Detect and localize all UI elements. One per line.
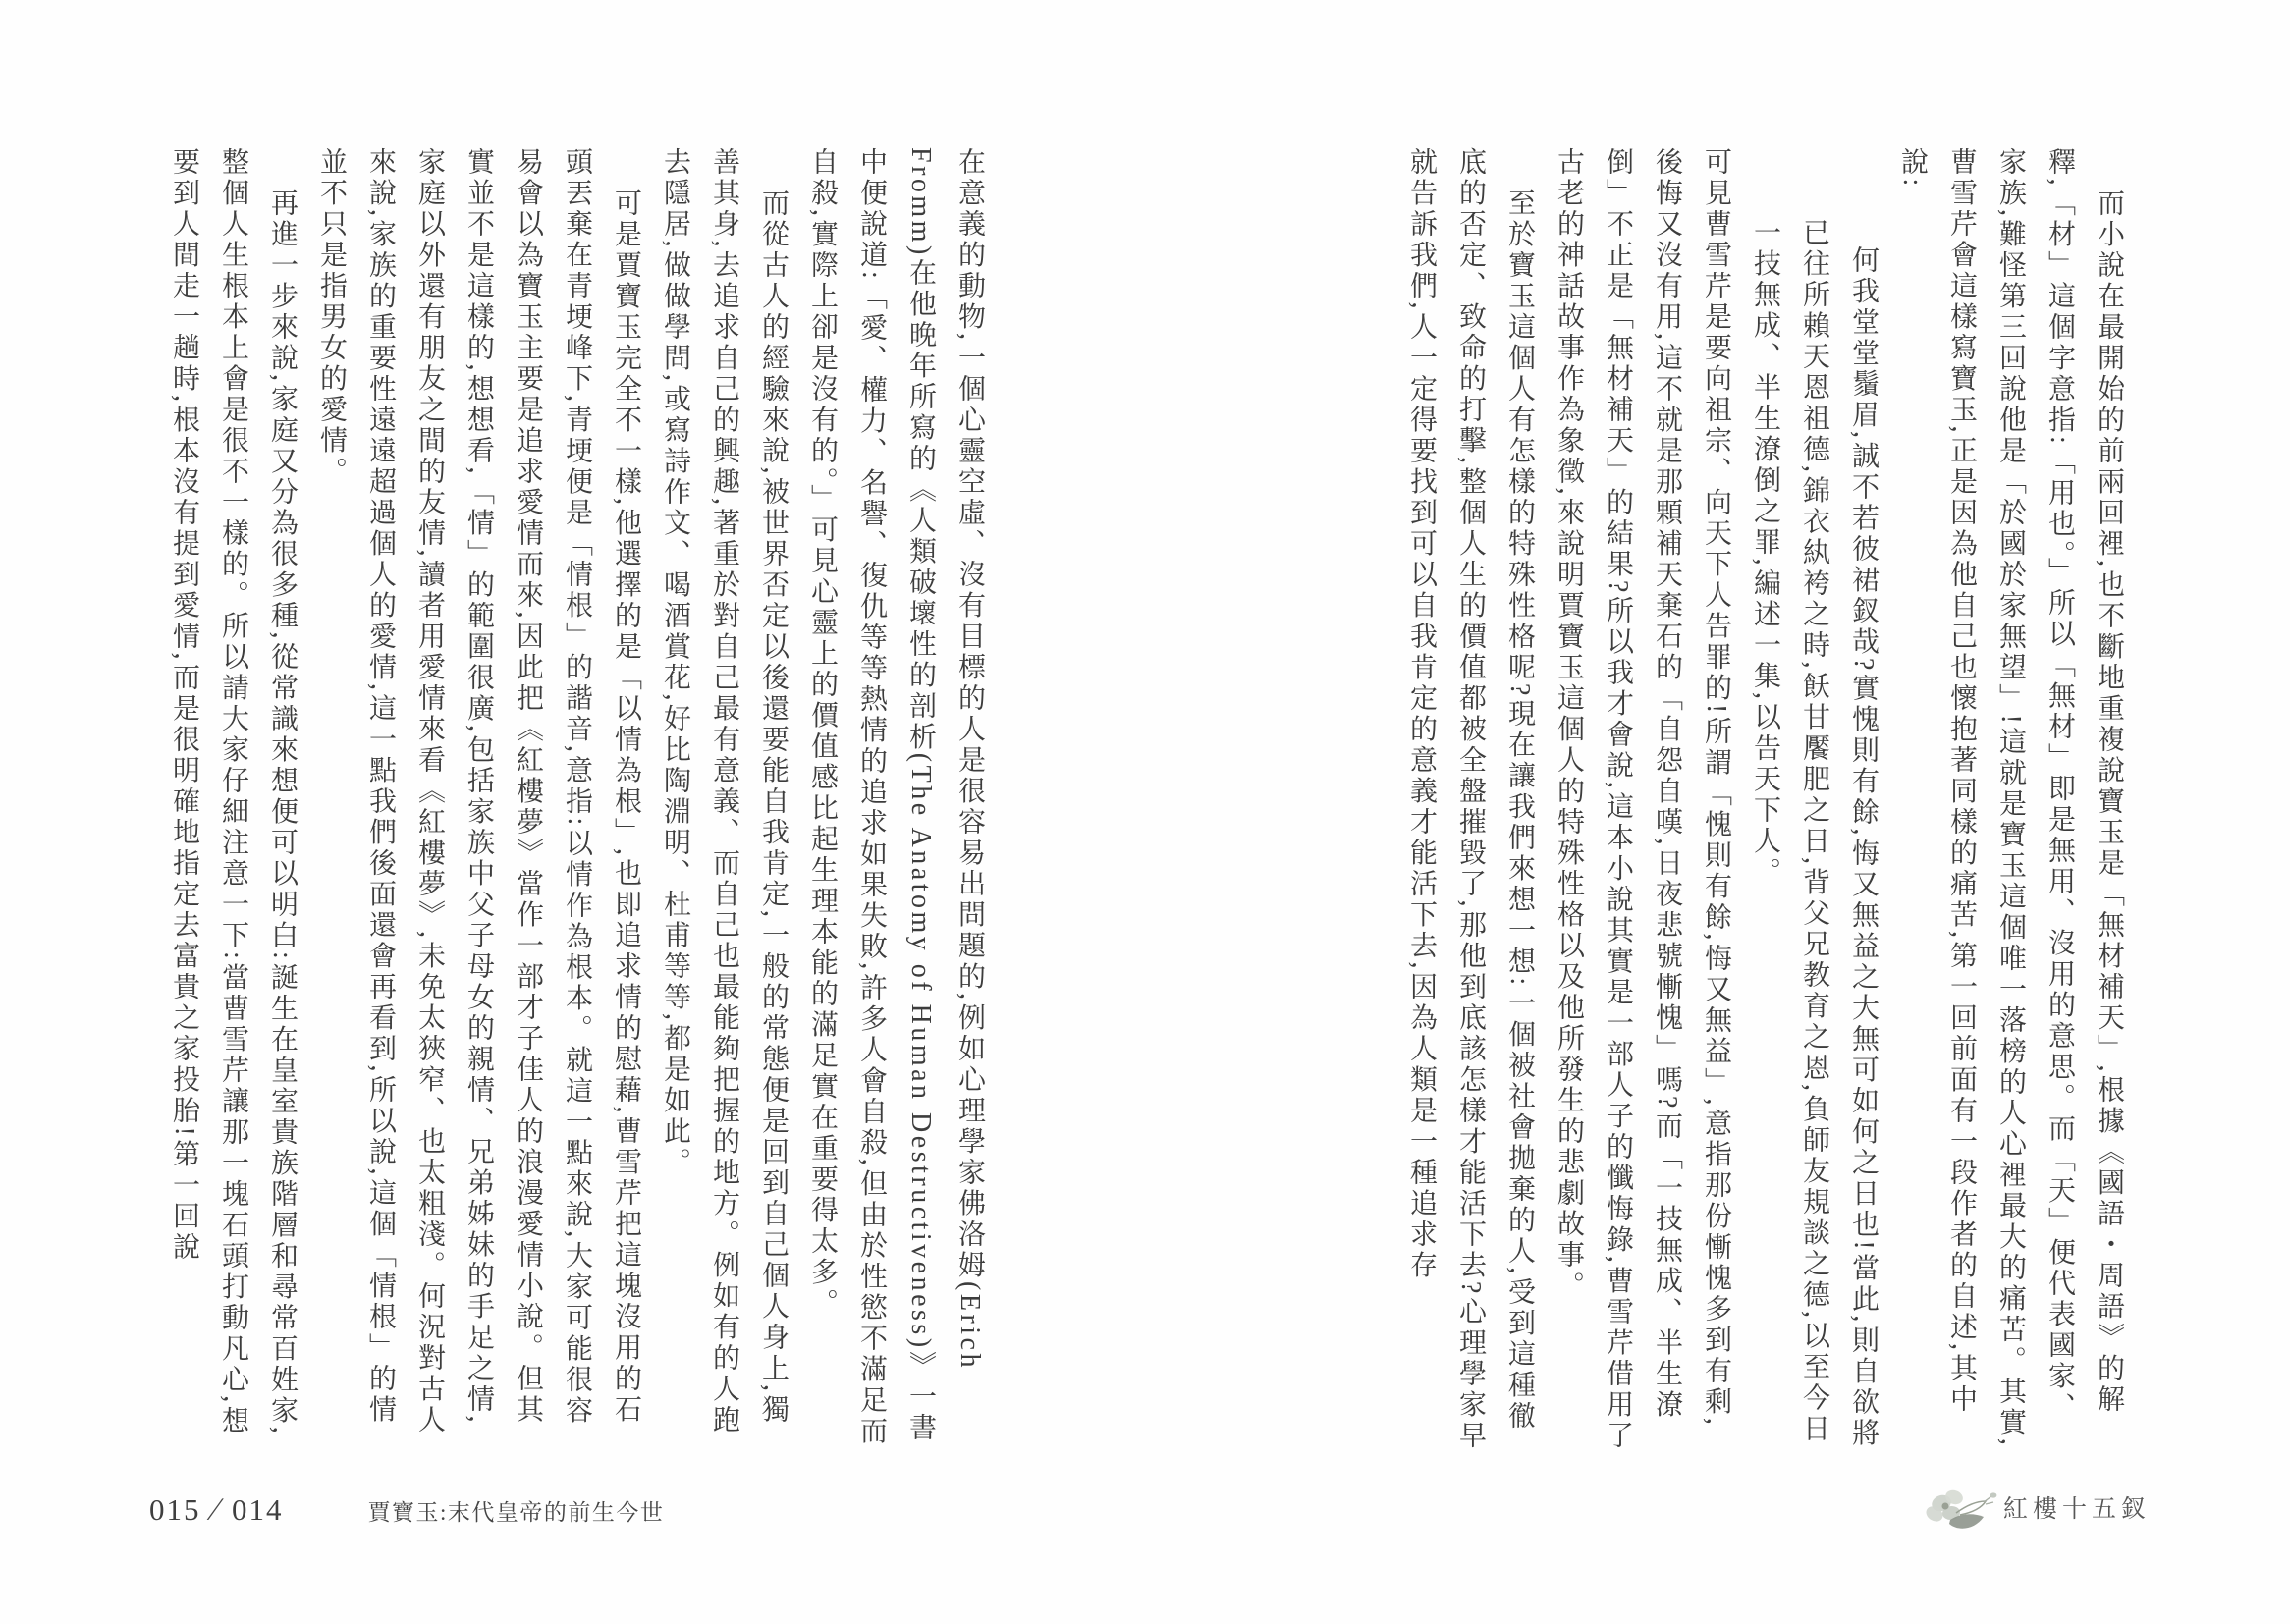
book-page-spread: 而小說在最開始的前兩回裡,也不斷地重複說寶玉是「無材補天」,根據《國語・周語》的… bbox=[0, 0, 2290, 1624]
paragraph: 可見曹雪芹是要向祖宗、向天下人告罪的!所謂「愧則有餘,悔又無益」,意指那份慚愧多… bbox=[1544, 147, 1740, 1453]
paragraph: 在意義的動物,一個心靈空虛、沒有目標的人是很容易出問題的,例如心理學家佛洛姆(E… bbox=[797, 147, 994, 1453]
page-number-separator: ∕ bbox=[201, 1492, 233, 1528]
paragraph: 何我堂堂鬚眉,誠不若彼裙釵哉?實愧則有餘,悔又無益之大無可如何之日也!當此,則自… bbox=[1740, 147, 1887, 1453]
flower-icon bbox=[1921, 1483, 2001, 1545]
paragraph: 再進一步來說,家庭又分為很多種,從常識來想便可以明白:誕生在皇室貴族階層和尋常百… bbox=[159, 147, 306, 1453]
footer-left: 015∕014 賈寶玉:末代皇帝的前生今世 bbox=[149, 1492, 664, 1529]
left-page-text: 在意義的動物,一個心靈空虛、沒有目標的人是很容易出問題的,例如心理學家佛洛姆(E… bbox=[159, 147, 994, 1453]
paragraph: 而小說在最開始的前兩回裡,也不斷地重複說寶玉是「無材補天」,根據《國語・周語》的… bbox=[1887, 147, 2133, 1453]
page-numbers: 015∕014 bbox=[149, 1492, 284, 1529]
paragraph: 可是賈寶玉完全不一樣,他選擇的是「以情為根」,也即追求情的慰藉,曹雪芹把這塊沒用… bbox=[306, 147, 650, 1453]
paragraph: 至於寶玉這個人有怎樣的特殊性格呢?現在讓我們來想一想:一個被社會拋棄的人,受到這… bbox=[1396, 147, 1544, 1453]
right-page-text: 而小說在最開始的前兩回裡,也不斷地重複說寶玉是「無材補天」,根據《國語・周語》的… bbox=[1396, 147, 2133, 1453]
book-title: 紅樓十五釵 bbox=[2003, 1489, 2151, 1525]
footer-right: 紅樓十五釵 bbox=[1921, 1469, 2151, 1545]
left-page-number: 015 bbox=[149, 1492, 201, 1527]
paragraph: 而從古人的經驗來說,被世界否定以後還要能自我肯定,一般的常態便是回到自己個人身上… bbox=[650, 147, 797, 1453]
right-page-number: 014 bbox=[232, 1492, 284, 1527]
chapter-title: 賈寶玉:末代皇帝的前生今世 bbox=[368, 1494, 665, 1527]
